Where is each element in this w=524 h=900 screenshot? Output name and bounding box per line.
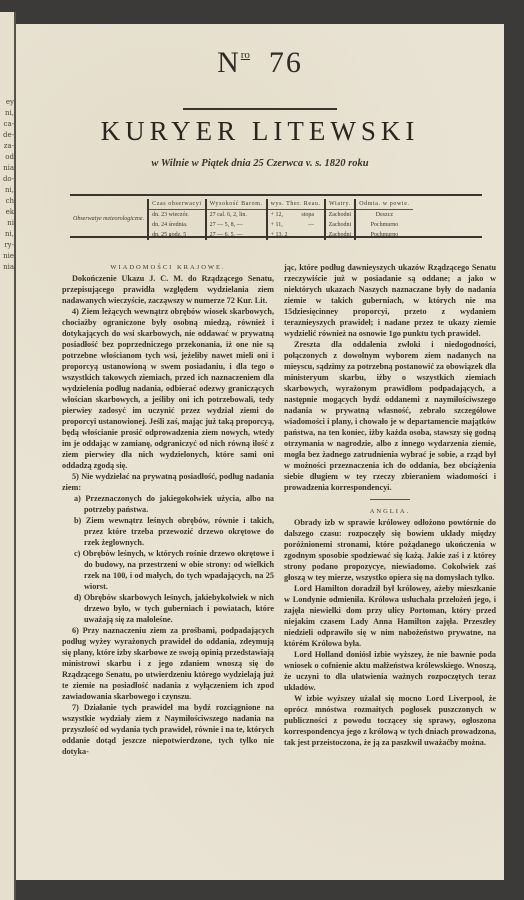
previous-page-fragment: ni, [0,229,14,240]
list-item: c) Obrębów leśnych, w których rośnie drz… [62,548,274,592]
article-paragraph: Zreszta dla oddalenia zwłoki i niedogodn… [284,339,496,493]
issue-number-value: 76 [269,46,303,79]
cell-weather: Pochmurno [355,230,412,240]
cell-weather: Deszcz [355,210,412,221]
previous-page-fragment: ni, [0,108,14,119]
previous-page-fragment: do- [0,174,14,185]
cell-time: dn. 23 wieczór. [148,210,206,221]
previous-page-fragment: ni [0,218,14,229]
section-heading: ANGLIA. [284,506,496,517]
article-paragraph: Lord Hamilton doradził był królowey, aże… [284,583,496,649]
title-rule [183,108,337,110]
weather-label: Obserwatye meteorologiczne. [70,199,148,240]
weather-observation-table: Obserwatye meteorologiczne. Czas obserwa… [64,194,504,238]
previous-page-fragment: ry- [0,240,14,251]
cell-thermometer: + 13, 2 [267,230,299,240]
previous-page-fragment: nie [0,251,14,262]
cell-wind: Zachodni [325,210,356,221]
previous-page-fragment: za- [0,141,14,152]
cell-barometer: 27 — 6, 5, — [206,230,267,240]
list-item: a) Przeznaczonych do jakiegokolwiek użyc… [62,493,274,515]
cell-time: dn. 25 godz. 5 [148,230,206,240]
article-paragraph: Dokończenie Ukazu J. C. M. do Rządzącego… [62,273,274,306]
newspaper-page: Nro 76 KURYER LITEWSKI w Wilnie w Piątek… [16,24,504,880]
article-paragraph: 6) Przy naznaczeniu ziem za prośbami, po… [62,625,274,702]
previous-page-edge: ey ni, ca- de- za- od nia do- ni, ch ek … [0,12,16,900]
cell-barometer: 27 cal. 6, 2, lin. [206,210,267,221]
cell-thermometer: + 12, [267,210,299,221]
col-header: Wiatry. [325,199,356,210]
cell-thermometer: + 11, [267,220,299,230]
dateline: w Wilnie w Piątek dnia 25 Czerwca v. s. … [16,158,504,169]
left-column: WIADOMOŚCI KRAJOWE. Dokończenie Ukazu J.… [62,262,274,757]
article-paragraph: W izbie wyższey użalał się mocno Lord Li… [284,693,496,748]
table-rule-top [70,194,482,196]
issue-prefix: N [217,46,241,79]
cell-unit: — [298,220,324,230]
right-column: jąc, które podług dawnieyszych ukazów Rz… [284,262,496,748]
section-heading: WIADOMOŚCI KRAJOWE. [62,262,274,273]
col-header: wys. Ther. Reau. [267,199,325,210]
article-paragraph: 4) Ziem leżących wewnątrz obrębów wiosek… [62,306,274,471]
issue-suffix: ro [241,49,250,61]
list-item: d) Obrębów skarbowych leśnych, jakiebyko… [62,592,274,625]
weather-table: Obserwatye meteorologiczne. Czas obserwa… [70,199,413,240]
cell-weather: Pochmurno [355,220,412,230]
previous-page-fragment: ek [0,207,14,218]
previous-page-fragment: nia [0,262,14,273]
article-paragraph: 5) Nie wydzielać na prywatną posiadłość,… [62,471,274,493]
section-divider [370,499,410,500]
list-item: b) Ziem wewnątrz leśnych obrębów, równie… [62,515,274,548]
article-paragraph: 7) Działanie tych prawideł ma bydź rozci… [62,702,274,757]
cell-unit [298,230,324,240]
masthead-title: KURYER LITEWSKI [16,116,504,147]
previous-page-fragment: ey [0,97,14,108]
article-paragraph: Obrady izb w sprawie królowey odłożono p… [284,517,496,583]
cell-barometer: 27 — 5, 8, — [206,220,267,230]
cell-wind: Zachodni [325,220,356,230]
issue-number: Nro 76 [16,46,504,80]
previous-page-fragment: ch [0,196,14,207]
previous-page-fragment: od [0,152,14,163]
cell-unit: stopa [298,210,324,221]
col-header: Wysokość Barom. [206,199,267,210]
previous-page-fragment: de- [0,130,14,141]
cell-wind: Zachodni [325,230,356,240]
col-header: Czas obserwacyi [148,199,206,210]
article-paragraph: jąc, które podług dawnieyszych ukazów Rz… [284,262,496,339]
cell-time: dn. 24 średnia. [148,220,206,230]
previous-page-fragment: ca- [0,119,14,130]
previous-page-fragment: nia [0,163,14,174]
col-header: Odmia. w powie. [355,199,412,210]
previous-page-fragment: ni, [0,185,14,196]
article-paragraph: Lord Holland doniósł izbie wyższey, że n… [284,649,496,693]
